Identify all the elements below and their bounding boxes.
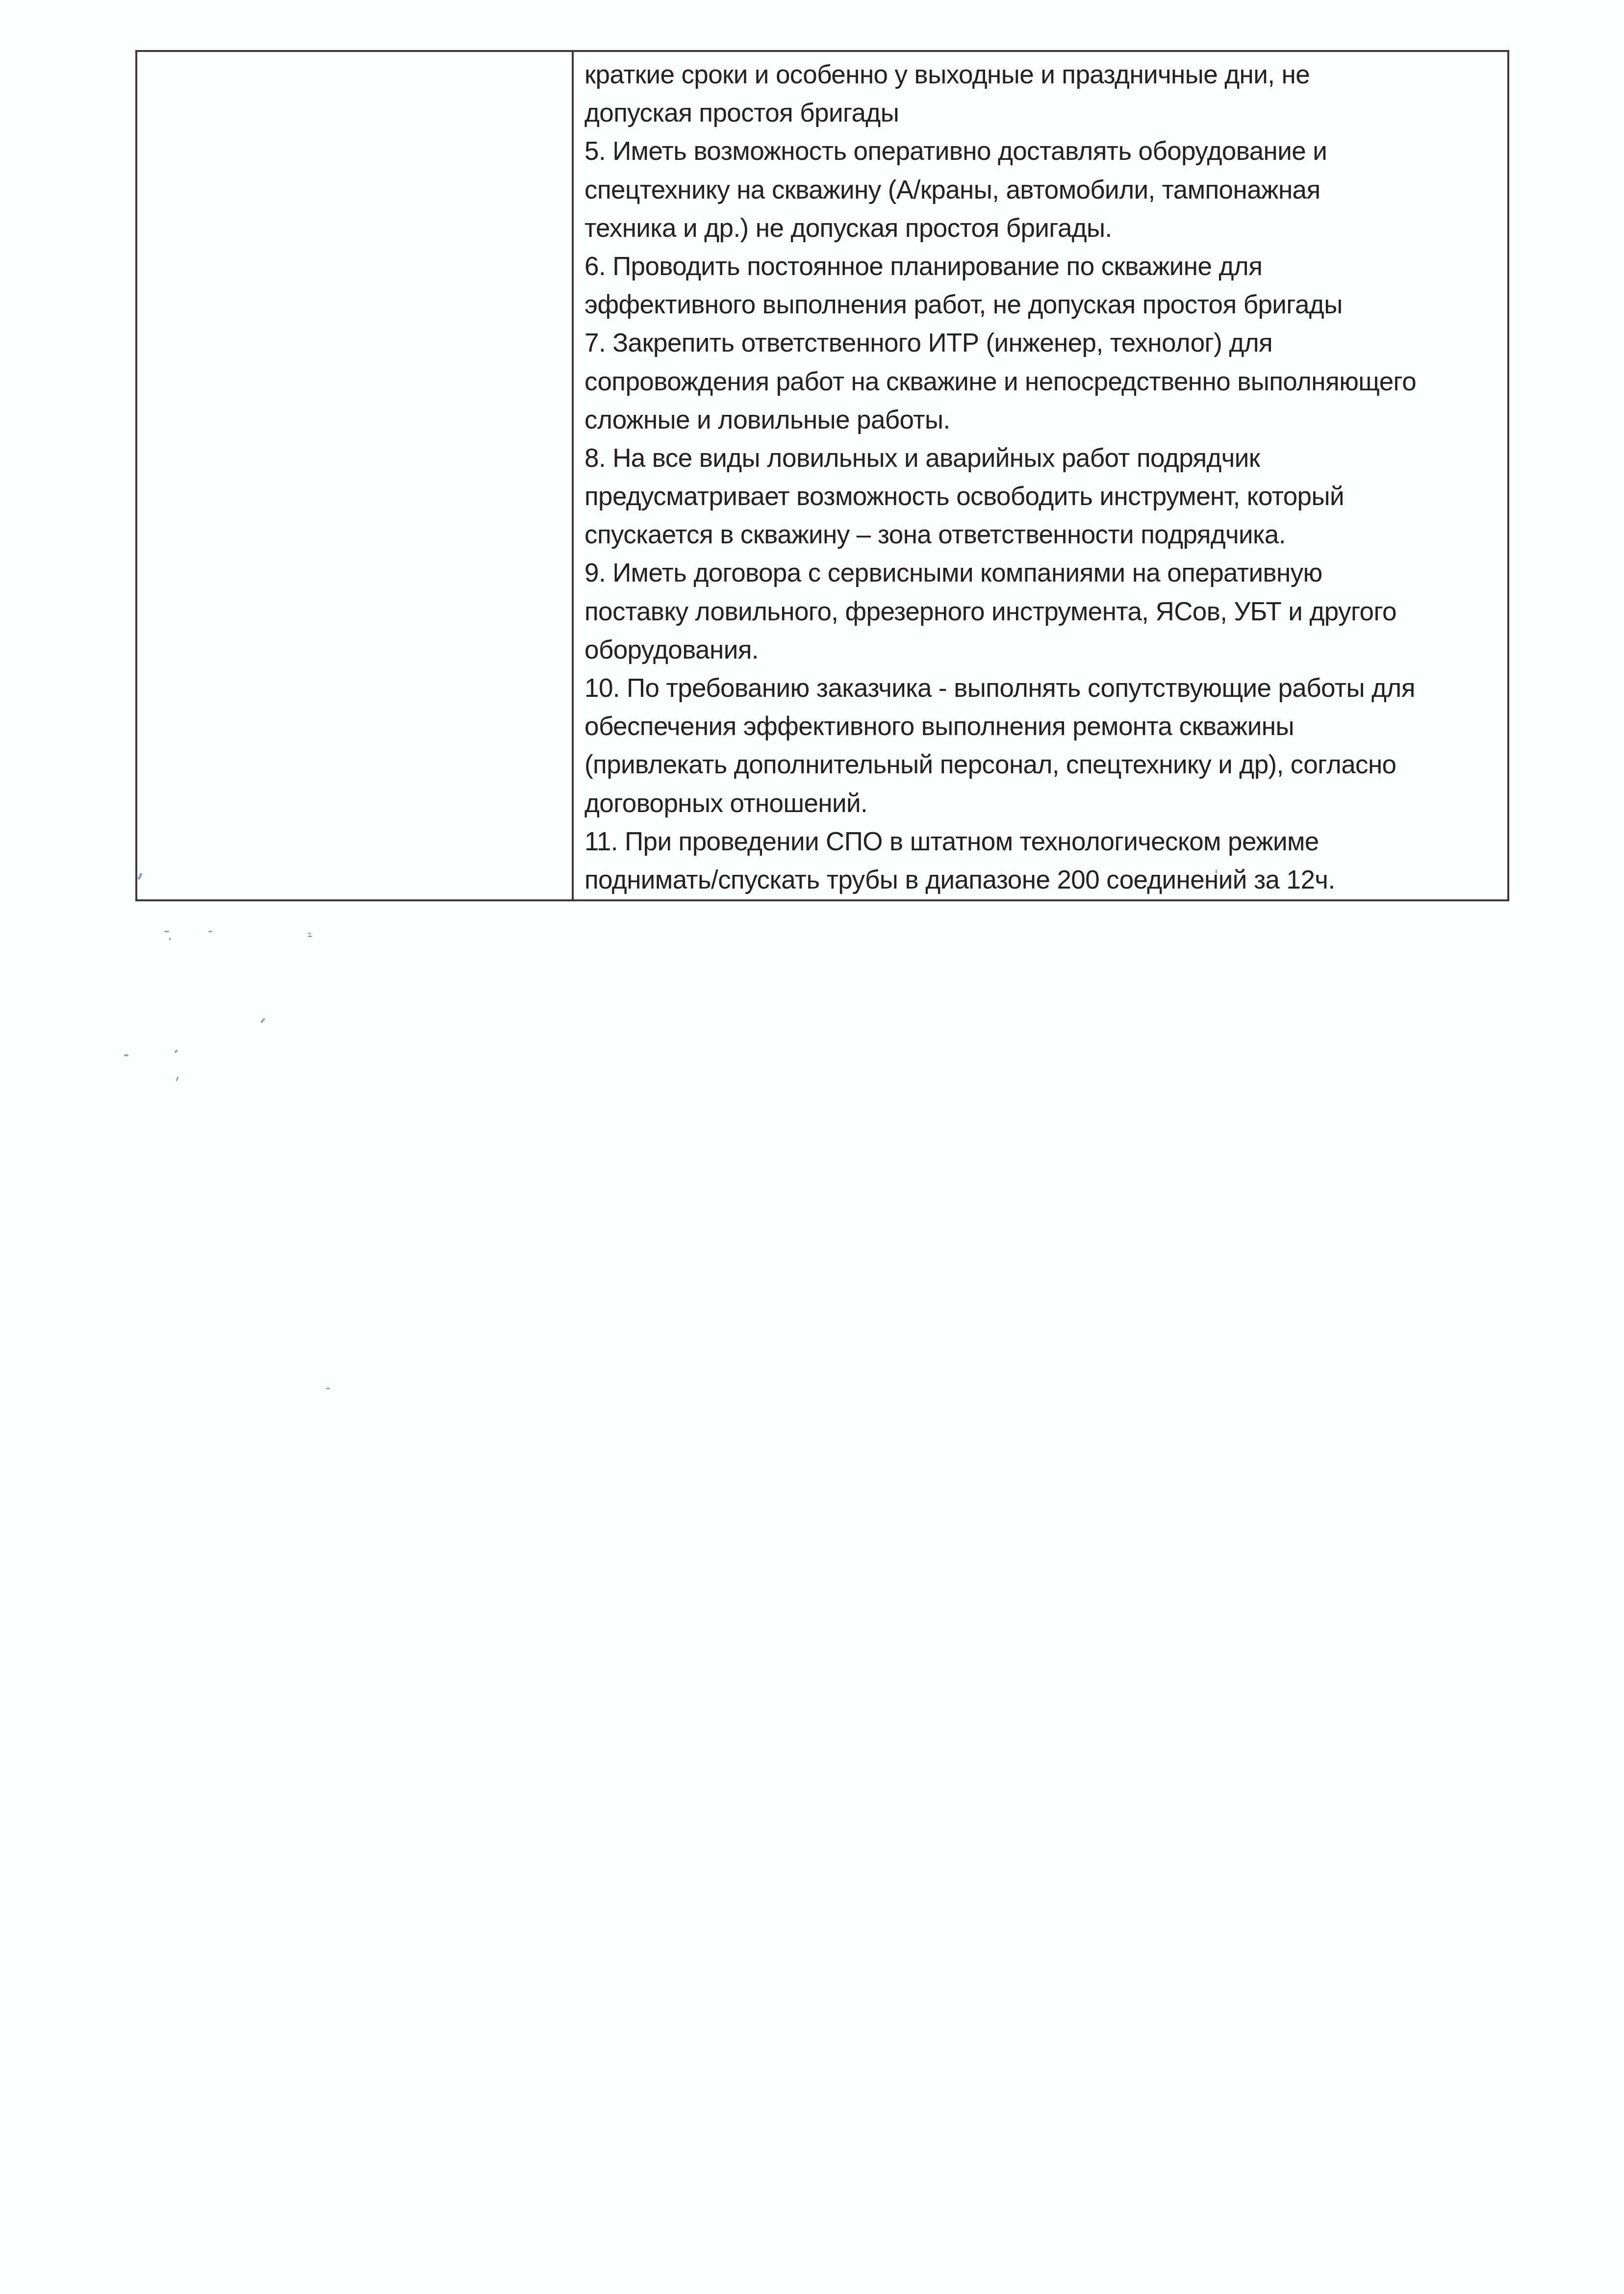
scan-speck (208, 931, 212, 932)
requirement-line: 10. По требованию заказчика - выполнять … (584, 669, 1497, 708)
scan-speck (174, 1049, 178, 1054)
requirements-table: краткие сроки и особенно у выходные и пр… (135, 50, 1509, 901)
scan-speck (326, 1388, 330, 1389)
requirement-line: обеспечения эффективного выполнения ремо… (584, 708, 1497, 746)
requirement-line: допуская простоя бригады (584, 94, 1497, 132)
scan-speck (164, 931, 169, 932)
scan-speck (1216, 869, 1217, 873)
requirement-line: поставку ловильного, фрезерного инструме… (584, 593, 1497, 631)
table-row: краткие сроки и особенно у выходные и пр… (136, 51, 1508, 900)
requirement-line: спускается в скважину – зона ответственн… (584, 516, 1497, 554)
scan-speck (124, 1054, 128, 1056)
scan-speck (308, 936, 312, 937)
requirement-line: оборудования. (584, 631, 1497, 669)
scan-speck (169, 938, 171, 941)
scan-speck (260, 1018, 266, 1023)
requirement-line: 11. При проведении СПО в штатном техноло… (584, 823, 1497, 861)
requirement-line: эффективного выполнения работ, не допуск… (584, 286, 1497, 324)
requirement-line: предусматривает возможность освободить и… (584, 478, 1497, 516)
requirement-line: спецтехнику на скважину (А/краны, автомо… (584, 171, 1497, 209)
requirement-line: сложные и ловильные работы. (584, 401, 1497, 439)
requirement-line: краткие сроки и особенно у выходные и пр… (584, 56, 1497, 94)
requirement-line: 5. Иметь возможность оперативно доставля… (584, 132, 1497, 171)
requirement-line: сопровождения работ на скважине и непоср… (584, 363, 1497, 401)
table-cell-left (136, 51, 573, 900)
requirement-line: 8. На все виды ловильных и аварийных раб… (584, 439, 1497, 478)
scanned-page: краткие сроки и особенно у выходные и пр… (0, 0, 1624, 2294)
requirement-line: договорных отношений. (584, 785, 1497, 823)
table-cell-requirements: краткие сроки и особенно у выходные и пр… (573, 51, 1508, 900)
requirement-line: 7. Закрепить ответственного ИТР (инженер… (584, 324, 1497, 362)
scan-speck (308, 933, 311, 934)
requirement-line: 6. Проводить постоянное планирование по … (584, 248, 1497, 286)
requirement-line: поднимать/спускать трубы в диапазоне 200… (584, 861, 1497, 899)
requirement-line: (привлекать дополнительный персонал, спе… (584, 746, 1497, 784)
requirement-line: 9. Иметь договора с сервисными компаниям… (584, 554, 1497, 592)
requirement-line: техника и др.) не допуская простоя брига… (584, 209, 1497, 248)
scan-speck (176, 1076, 178, 1081)
